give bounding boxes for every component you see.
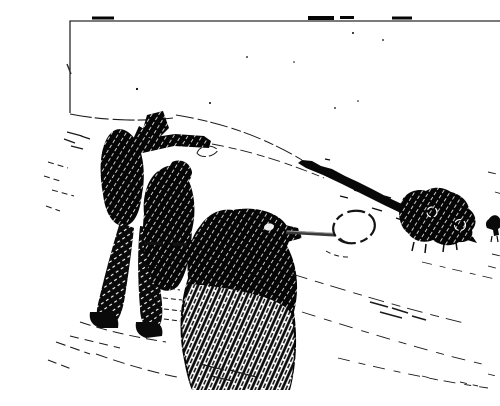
hand — [163, 238, 173, 248]
engraving-illustration: Black-and-white engraved book illustrati… — [40, 16, 500, 390]
illustration-canvas — [40, 16, 500, 390]
